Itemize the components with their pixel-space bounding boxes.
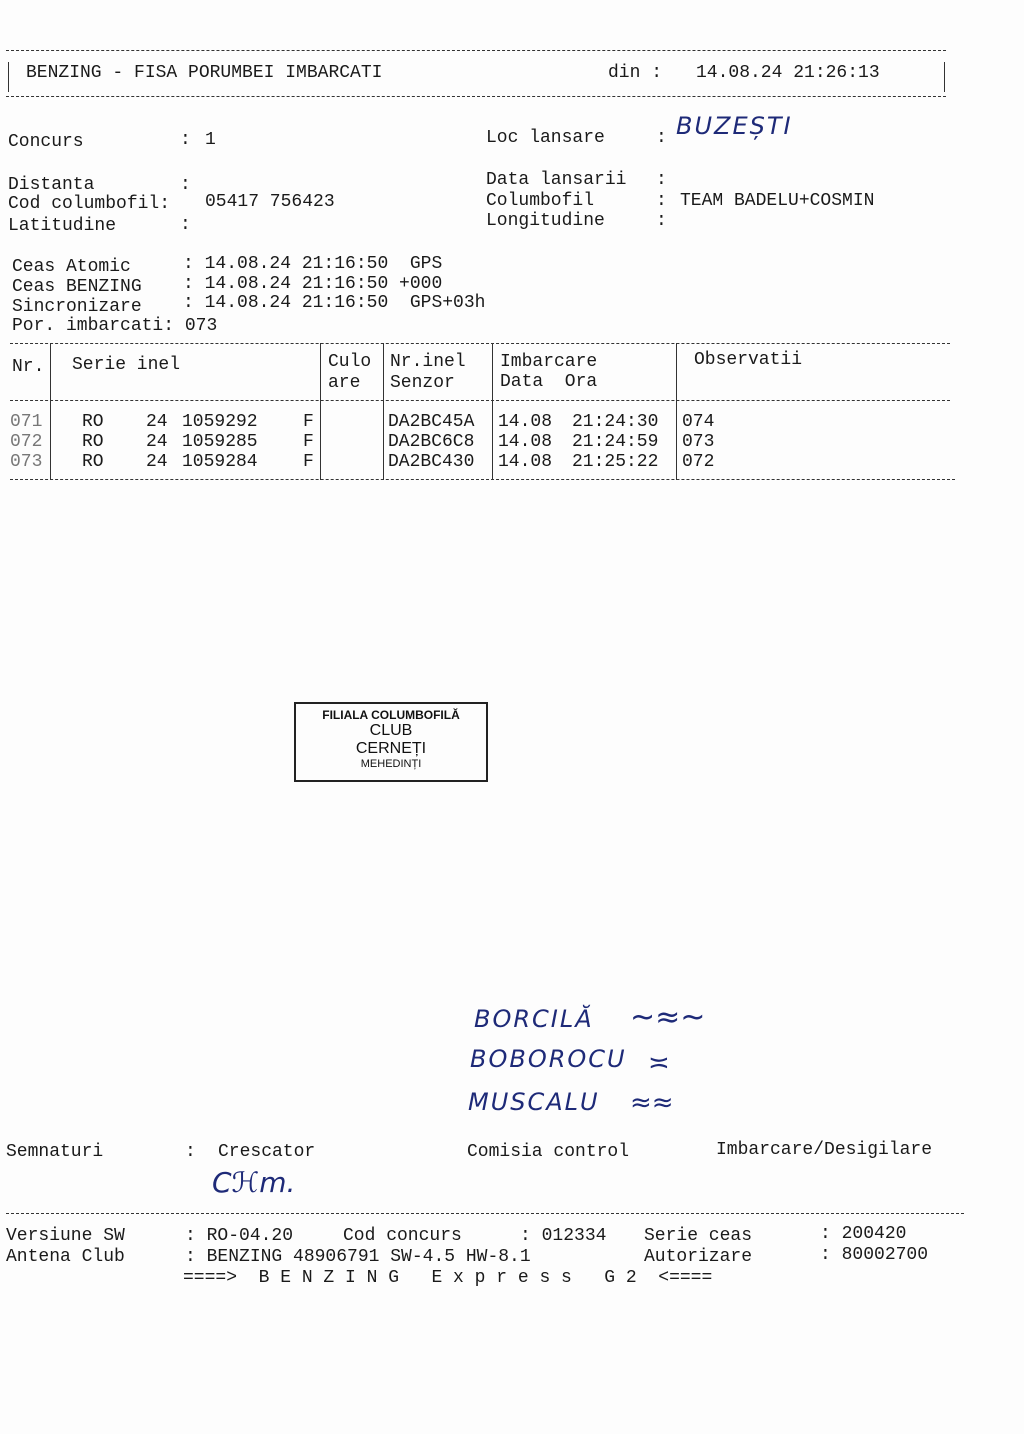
imbarcare-label: Imbarcare/Desigilare bbox=[716, 1140, 932, 1160]
col-divider-serie bbox=[320, 343, 321, 480]
col-divider-nr bbox=[50, 343, 51, 480]
cell-nr: 071 bbox=[10, 412, 42, 432]
stamp-line-1: FILIALA COLUMBOFILĂ bbox=[296, 708, 486, 722]
benzing-banner: ====> B E N Z I N G E x p r e s s G 2 <=… bbox=[183, 1268, 712, 1288]
cell-ring: 1059292 bbox=[182, 412, 258, 432]
cell-data: 14.08 bbox=[498, 432, 552, 452]
header-border-top bbox=[6, 50, 946, 51]
latitudine-label: Latitudine bbox=[8, 216, 116, 236]
header-border-left bbox=[8, 62, 9, 92]
cell-ora: 21:24:59 bbox=[572, 432, 658, 452]
footer-divider bbox=[6, 1213, 964, 1214]
serie-ceas-label: Serie ceas bbox=[644, 1226, 752, 1246]
versiune-label: Versiune SW bbox=[6, 1226, 125, 1246]
cod-columbofil-value: 05417 756423 bbox=[205, 192, 335, 212]
data-lansarii-label: Data lansarii bbox=[486, 170, 626, 190]
cod-concurs-value: : 012334 bbox=[520, 1226, 606, 1246]
th-serie-inel: Serie inel bbox=[72, 355, 180, 375]
th-nr-inel-1: Nr.inel bbox=[390, 352, 466, 372]
cod-concurs-label: Cod concurs bbox=[343, 1226, 462, 1246]
document-title: BENZING - FISA PORUMBEI IMBARCATI bbox=[26, 63, 382, 83]
commission-signature-1: ~≈~ bbox=[630, 1000, 705, 1035]
ceas-benzing-label: Ceas BENZING bbox=[12, 277, 142, 297]
distanta-label: Distanta bbox=[8, 175, 94, 195]
semnaturi-colon: : bbox=[185, 1142, 196, 1162]
columbofil-value: TEAM BADELU+COSMIN bbox=[680, 191, 874, 211]
data-lansarii-colon: : bbox=[656, 170, 667, 190]
loc-lansare-value: BUZEȘTI bbox=[676, 112, 793, 140]
loc-lansare-colon: : bbox=[656, 128, 667, 148]
antena-label: Antena Club bbox=[6, 1247, 125, 1267]
por-imbarcati: Por. imbarcati: 073 bbox=[12, 316, 217, 336]
distanta-colon: : bbox=[180, 175, 191, 195]
cell-observatii: 072 bbox=[682, 452, 714, 472]
cell-sex: F bbox=[303, 432, 314, 452]
th-nr: Nr. bbox=[12, 357, 44, 377]
th-observatii: Observatii bbox=[694, 350, 802, 370]
cell-senzor: DA2BC45A bbox=[388, 412, 474, 432]
columbofil-colon: : bbox=[656, 191, 667, 211]
sincronizare-label: Sincronizare bbox=[12, 297, 142, 317]
ceas-atomic-value: : 14.08.24 21:16:50 GPS bbox=[183, 254, 442, 274]
commission-signature-3: ≈≈ bbox=[630, 1088, 674, 1118]
cell-ring: 1059284 bbox=[182, 452, 258, 472]
th-imbarcare-1: Imbarcare bbox=[500, 352, 597, 372]
cell-observatii: 074 bbox=[682, 412, 714, 432]
loc-lansare-label: Loc lansare bbox=[486, 128, 605, 148]
crescator-signature: Cℋm. bbox=[212, 1166, 295, 1199]
col-divider-culoare bbox=[383, 343, 384, 480]
cell-ora: 21:25:22 bbox=[572, 452, 658, 472]
ceas-atomic-label: Ceas Atomic bbox=[12, 257, 131, 277]
stamp-line-2: CLUB bbox=[296, 722, 486, 740]
comisia-label: Comisia control bbox=[467, 1142, 629, 1162]
stamp-line-3: CERNEȚI bbox=[296, 740, 486, 758]
versiune-value: : RO-04.20 bbox=[185, 1226, 293, 1246]
col-divider-imbarcare bbox=[676, 343, 677, 480]
cod-columbofil-label: Cod columbofil: bbox=[8, 194, 170, 214]
cell-nr: 073 bbox=[10, 452, 42, 472]
table-border-top bbox=[10, 343, 950, 344]
latitudine-colon: : bbox=[180, 215, 191, 235]
longitudine-colon: : bbox=[656, 211, 667, 231]
th-nr-inel-2: Senzor bbox=[390, 373, 455, 393]
semnaturi-label: Semnaturi bbox=[6, 1142, 103, 1162]
din-label: din : bbox=[608, 63, 662, 83]
th-culoare-1: Culo bbox=[328, 352, 371, 372]
longitudine-label: Longitudine bbox=[486, 211, 605, 231]
cell-country: RO bbox=[82, 432, 104, 452]
cell-country: RO bbox=[82, 452, 104, 472]
cell-ring: 1059285 bbox=[182, 432, 258, 452]
concurs-colon: : bbox=[180, 130, 191, 150]
cell-year: 24 bbox=[146, 412, 168, 432]
cell-senzor: DA2BC6C8 bbox=[388, 432, 474, 452]
crescator-label: Crescator bbox=[218, 1142, 315, 1162]
table-border-bottom bbox=[10, 479, 955, 480]
serie-ceas-value: : 200420 bbox=[820, 1224, 906, 1244]
din-value: 14.08.24 21:26:13 bbox=[696, 63, 880, 83]
commission-name-1: BORCILĂ bbox=[474, 1005, 594, 1033]
sincronizare-value: : 14.08.24 21:16:50 GPS+03h bbox=[183, 293, 485, 313]
cell-year: 24 bbox=[146, 452, 168, 472]
cell-data: 14.08 bbox=[498, 412, 552, 432]
header-border-bottom bbox=[6, 96, 946, 97]
col-divider-senzor bbox=[492, 343, 493, 480]
table-header-divider bbox=[10, 400, 950, 401]
concurs-label: Concurs bbox=[8, 132, 84, 152]
commission-signature-2: ≍ bbox=[648, 1048, 670, 1078]
cell-year: 24 bbox=[146, 432, 168, 452]
cell-sex: F bbox=[303, 452, 314, 472]
cell-sex: F bbox=[303, 412, 314, 432]
cell-observatii: 073 bbox=[682, 432, 714, 452]
cell-ora: 21:24:30 bbox=[572, 412, 658, 432]
cell-country: RO bbox=[82, 412, 104, 432]
cell-data: 14.08 bbox=[498, 452, 552, 472]
autorizare-value: : 80002700 bbox=[820, 1245, 928, 1265]
autorizare-label: Autorizare bbox=[644, 1247, 752, 1267]
cell-senzor: DA2BC430 bbox=[388, 452, 474, 472]
th-imbarcare-2: Data Ora bbox=[500, 372, 597, 392]
cell-nr: 072 bbox=[10, 432, 42, 452]
commission-name-2: BOBOROCU bbox=[470, 1045, 627, 1073]
header-border-right bbox=[944, 62, 945, 92]
stamp-line-4: MEHEDINȚI bbox=[296, 758, 486, 771]
th-culoare-2: are bbox=[328, 373, 360, 393]
ceas-benzing-value: : 14.08.24 21:16:50 +000 bbox=[183, 274, 442, 294]
commission-name-3: MUSCALU bbox=[468, 1088, 600, 1116]
club-stamp: FILIALA COLUMBOFILĂ CLUB CERNEȚI MEHEDIN… bbox=[294, 702, 488, 782]
columbofil-label: Columbofil bbox=[486, 191, 594, 211]
antena-value: : BENZING 48906791 SW-4.5 HW-8.1 bbox=[185, 1247, 531, 1267]
concurs-value: 1 bbox=[205, 130, 216, 150]
